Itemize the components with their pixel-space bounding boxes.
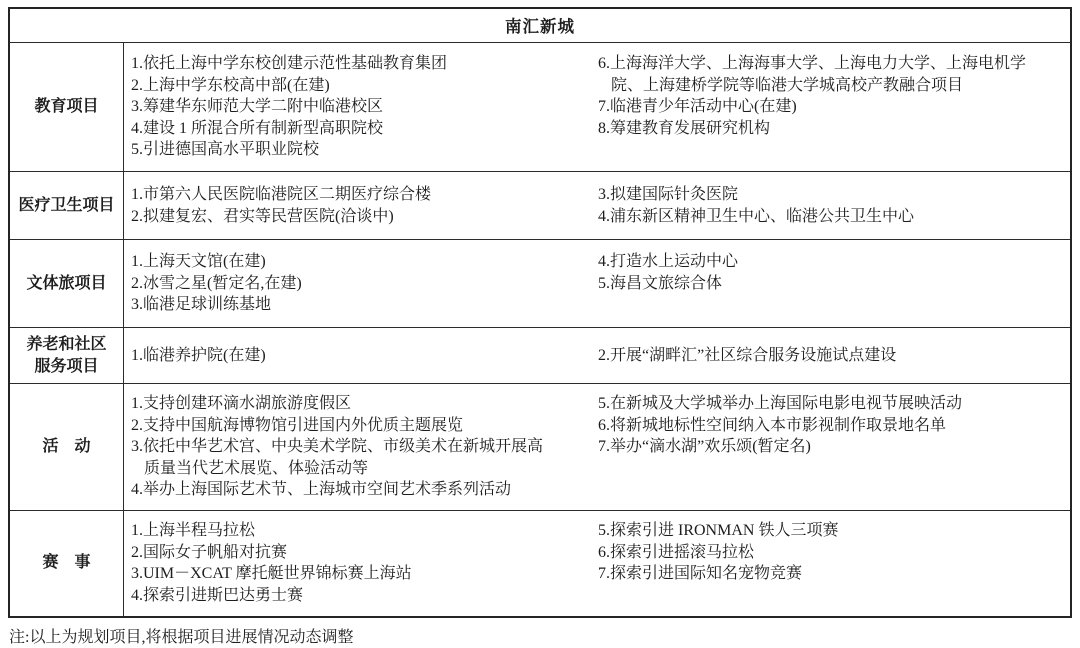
category-cell: 教育项目 bbox=[10, 43, 124, 171]
project-item: 7.举办“滴水湖”欢乐颂(暂定名) bbox=[598, 436, 1048, 458]
project-item: 4.举办上海国际艺术节、上海城市空间艺术季系列活动 bbox=[131, 479, 556, 501]
project-item: 4.浦东新区精神卫生中心、临港公共卫生中心 bbox=[598, 206, 1048, 228]
project-item: 5.探索引进 IRONMAN 铁人三项赛 bbox=[598, 520, 1048, 542]
table-row: 养老和社区服务项目1.临港养护院(在建)2.开展“湖畔汇”社区综合服务设施试点建… bbox=[10, 327, 1070, 383]
content-column-right: 2.开展“湖畔汇”社区综合服务设施试点建设 bbox=[598, 345, 1048, 367]
table-row: 医疗卫生项目1.市第六人民医院临港院区二期医疗综合楼2.拟建复宏、君实等民营医院… bbox=[10, 171, 1070, 239]
project-item: 1.支持创建环滴水湖旅游度假区 bbox=[131, 393, 556, 415]
content-column-right: 3.拟建国际针灸医院4.浦东新区精神卫生中心、临港公共卫生中心 bbox=[598, 184, 1048, 227]
category-label: 赛 事 bbox=[42, 552, 90, 574]
table-row: 文体旅项目1.上海天文馆(在建)2.冰雪之星(暂定名,在建)3.临港足球训练基地… bbox=[10, 239, 1070, 327]
table-title: 南汇新城 bbox=[10, 9, 1070, 43]
content-cell: 1.上海半程马拉松2.国际女子帆船对抗赛3.UIM－XCAT 摩托艇世界锦标赛上… bbox=[124, 511, 1070, 615]
content-column-right: 5.探索引进 IRONMAN 铁人三项赛6.探索引进摇滚马拉松7.探索引进国际知… bbox=[598, 520, 1048, 606]
content-cell: 1.上海天文馆(在建)2.冰雪之星(暂定名,在建)3.临港足球训练基地4.打造水… bbox=[124, 242, 1070, 325]
category-label: 医疗卫生项目 bbox=[18, 195, 114, 217]
category-label: 养老和社区 bbox=[26, 334, 106, 356]
project-item: 1.市第六人民医院临港院区二期医疗综合楼 bbox=[131, 184, 556, 206]
category-cell: 赛 事 bbox=[10, 511, 124, 616]
category-label: 活 动 bbox=[42, 436, 90, 458]
project-item: 2.支持中国航海博物馆引进国内外优质主题展览 bbox=[131, 415, 556, 437]
table-body: 教育项目1.依托上海中学东校创建示范性基础教育集团2.上海中学东校高中部(在建)… bbox=[10, 43, 1070, 616]
content-column-right: 6.上海海洋大学、上海海事大学、上海电力大学、上海电机学院、上海建桥学院等临港大… bbox=[598, 53, 1048, 161]
project-item: 1.上海天文馆(在建) bbox=[131, 251, 556, 273]
project-item: 7.探索引进国际知名宠物竞赛 bbox=[598, 563, 1048, 585]
project-item: 1.临港养护院(在建) bbox=[131, 345, 556, 367]
category-cell: 医疗卫生项目 bbox=[10, 172, 124, 239]
content-cell: 1.市第六人民医院临港院区二期医疗综合楼2.拟建复宏、君实等民营医院(洽谈中)3… bbox=[124, 175, 1070, 236]
document-table: 南汇新城 教育项目1.依托上海中学东校创建示范性基础教育集团2.上海中学东校高中… bbox=[8, 7, 1072, 618]
category-cell: 活 动 bbox=[10, 384, 124, 510]
category-label: 服务项目 bbox=[34, 356, 98, 378]
project-item: 2.开展“湖畔汇”社区综合服务设施试点建设 bbox=[598, 345, 1048, 367]
project-item: 1.上海半程马拉松 bbox=[131, 520, 556, 542]
table-row: 活 动1.支持创建环滴水湖旅游度假区2.支持中国航海博物馆引进国内外优质主题展览… bbox=[10, 383, 1070, 510]
project-item: 6.上海海洋大学、上海海事大学、上海电力大学、上海电机学院、上海建桥学院等临港大… bbox=[598, 53, 1048, 96]
content-column-right: 4.打造水上运动中心5.海昌文旅综合体 bbox=[598, 251, 1048, 316]
project-item: 2.上海中学东校高中部(在建) bbox=[131, 75, 556, 97]
project-item: 2.国际女子帆船对抗赛 bbox=[131, 542, 556, 564]
content-cell: 1.依托上海中学东校创建示范性基础教育集团2.上海中学东校高中部(在建)3.筹建… bbox=[124, 44, 1070, 170]
project-item: 3.UIM－XCAT 摩托艇世界锦标赛上海站 bbox=[131, 563, 556, 585]
project-item: 4.探索引进斯巴达勇士赛 bbox=[131, 585, 556, 607]
project-item: 4.打造水上运动中心 bbox=[598, 251, 1048, 273]
project-item: 6.将新城地标性空间纳入本市影视制作取景地名单 bbox=[598, 415, 1048, 437]
category-label: 文体旅项目 bbox=[26, 273, 106, 295]
table-row: 教育项目1.依托上海中学东校创建示范性基础教育集团2.上海中学东校高中部(在建)… bbox=[10, 43, 1070, 171]
project-item: 1.依托上海中学东校创建示范性基础教育集团 bbox=[131, 53, 556, 75]
project-item: 5.引进德国高水平职业院校 bbox=[131, 139, 556, 161]
content-column-left: 1.临港养护院(在建) bbox=[131, 345, 556, 367]
category-cell: 养老和社区服务项目 bbox=[10, 328, 124, 383]
project-item: 5.海昌文旅综合体 bbox=[598, 273, 1048, 295]
project-item: 6.探索引进摇滚马拉松 bbox=[598, 542, 1048, 564]
content-column-left: 1.市第六人民医院临港院区二期医疗综合楼2.拟建复宏、君实等民营医院(洽谈中) bbox=[131, 184, 556, 227]
content-column-left: 1.上海天文馆(在建)2.冰雪之星(暂定名,在建)3.临港足球训练基地 bbox=[131, 251, 556, 316]
category-label: 教育项目 bbox=[34, 96, 98, 118]
table-row: 赛 事1.上海半程马拉松2.国际女子帆船对抗赛3.UIM－XCAT 摩托艇世界锦… bbox=[10, 510, 1070, 616]
project-item: 3.临港足球训练基地 bbox=[131, 294, 556, 316]
content-cell: 1.临港养护院(在建)2.开展“湖畔汇”社区综合服务设施试点建设 bbox=[124, 336, 1070, 376]
content-cell: 1.支持创建环滴水湖旅游度假区2.支持中国航海博物馆引进国内外优质主题展览3.依… bbox=[124, 384, 1070, 510]
content-column-right: 5.在新城及大学城举办上海国际电影电视节展映活动6.将新城地标性空间纳入本市影视… bbox=[598, 393, 1048, 501]
content-column-left: 1.依托上海中学东校创建示范性基础教育集团2.上海中学东校高中部(在建)3.筹建… bbox=[131, 53, 556, 161]
category-cell: 文体旅项目 bbox=[10, 240, 124, 327]
project-item: 7.临港青少年活动中心(在建) bbox=[598, 96, 1048, 118]
footnote: 注:以上为规划项目,将根据项目进展情况动态调整 bbox=[9, 627, 1072, 648]
project-item: 2.冰雪之星(暂定名,在建) bbox=[131, 273, 556, 295]
content-column-left: 1.支持创建环滴水湖旅游度假区2.支持中国航海博物馆引进国内外优质主题展览3.依… bbox=[131, 393, 556, 501]
project-item: 2.拟建复宏、君实等民营医院(洽谈中) bbox=[131, 206, 556, 228]
project-item: 4.建设 1 所混合所有制新型高职院校 bbox=[131, 118, 556, 140]
project-item: 8.筹建教育发展研究机构 bbox=[598, 118, 1048, 140]
project-item: 5.在新城及大学城举办上海国际电影电视节展映活动 bbox=[598, 393, 1048, 415]
project-item: 3.依托中华艺术宫、中央美术学院、市级美术在新城开展高质量当代艺术展览、体验活动… bbox=[131, 436, 556, 479]
content-column-left: 1.上海半程马拉松2.国际女子帆船对抗赛3.UIM－XCAT 摩托艇世界锦标赛上… bbox=[131, 520, 556, 606]
project-item: 3.筹建华东师范大学二附中临港校区 bbox=[131, 96, 556, 118]
project-item: 3.拟建国际针灸医院 bbox=[598, 184, 1048, 206]
